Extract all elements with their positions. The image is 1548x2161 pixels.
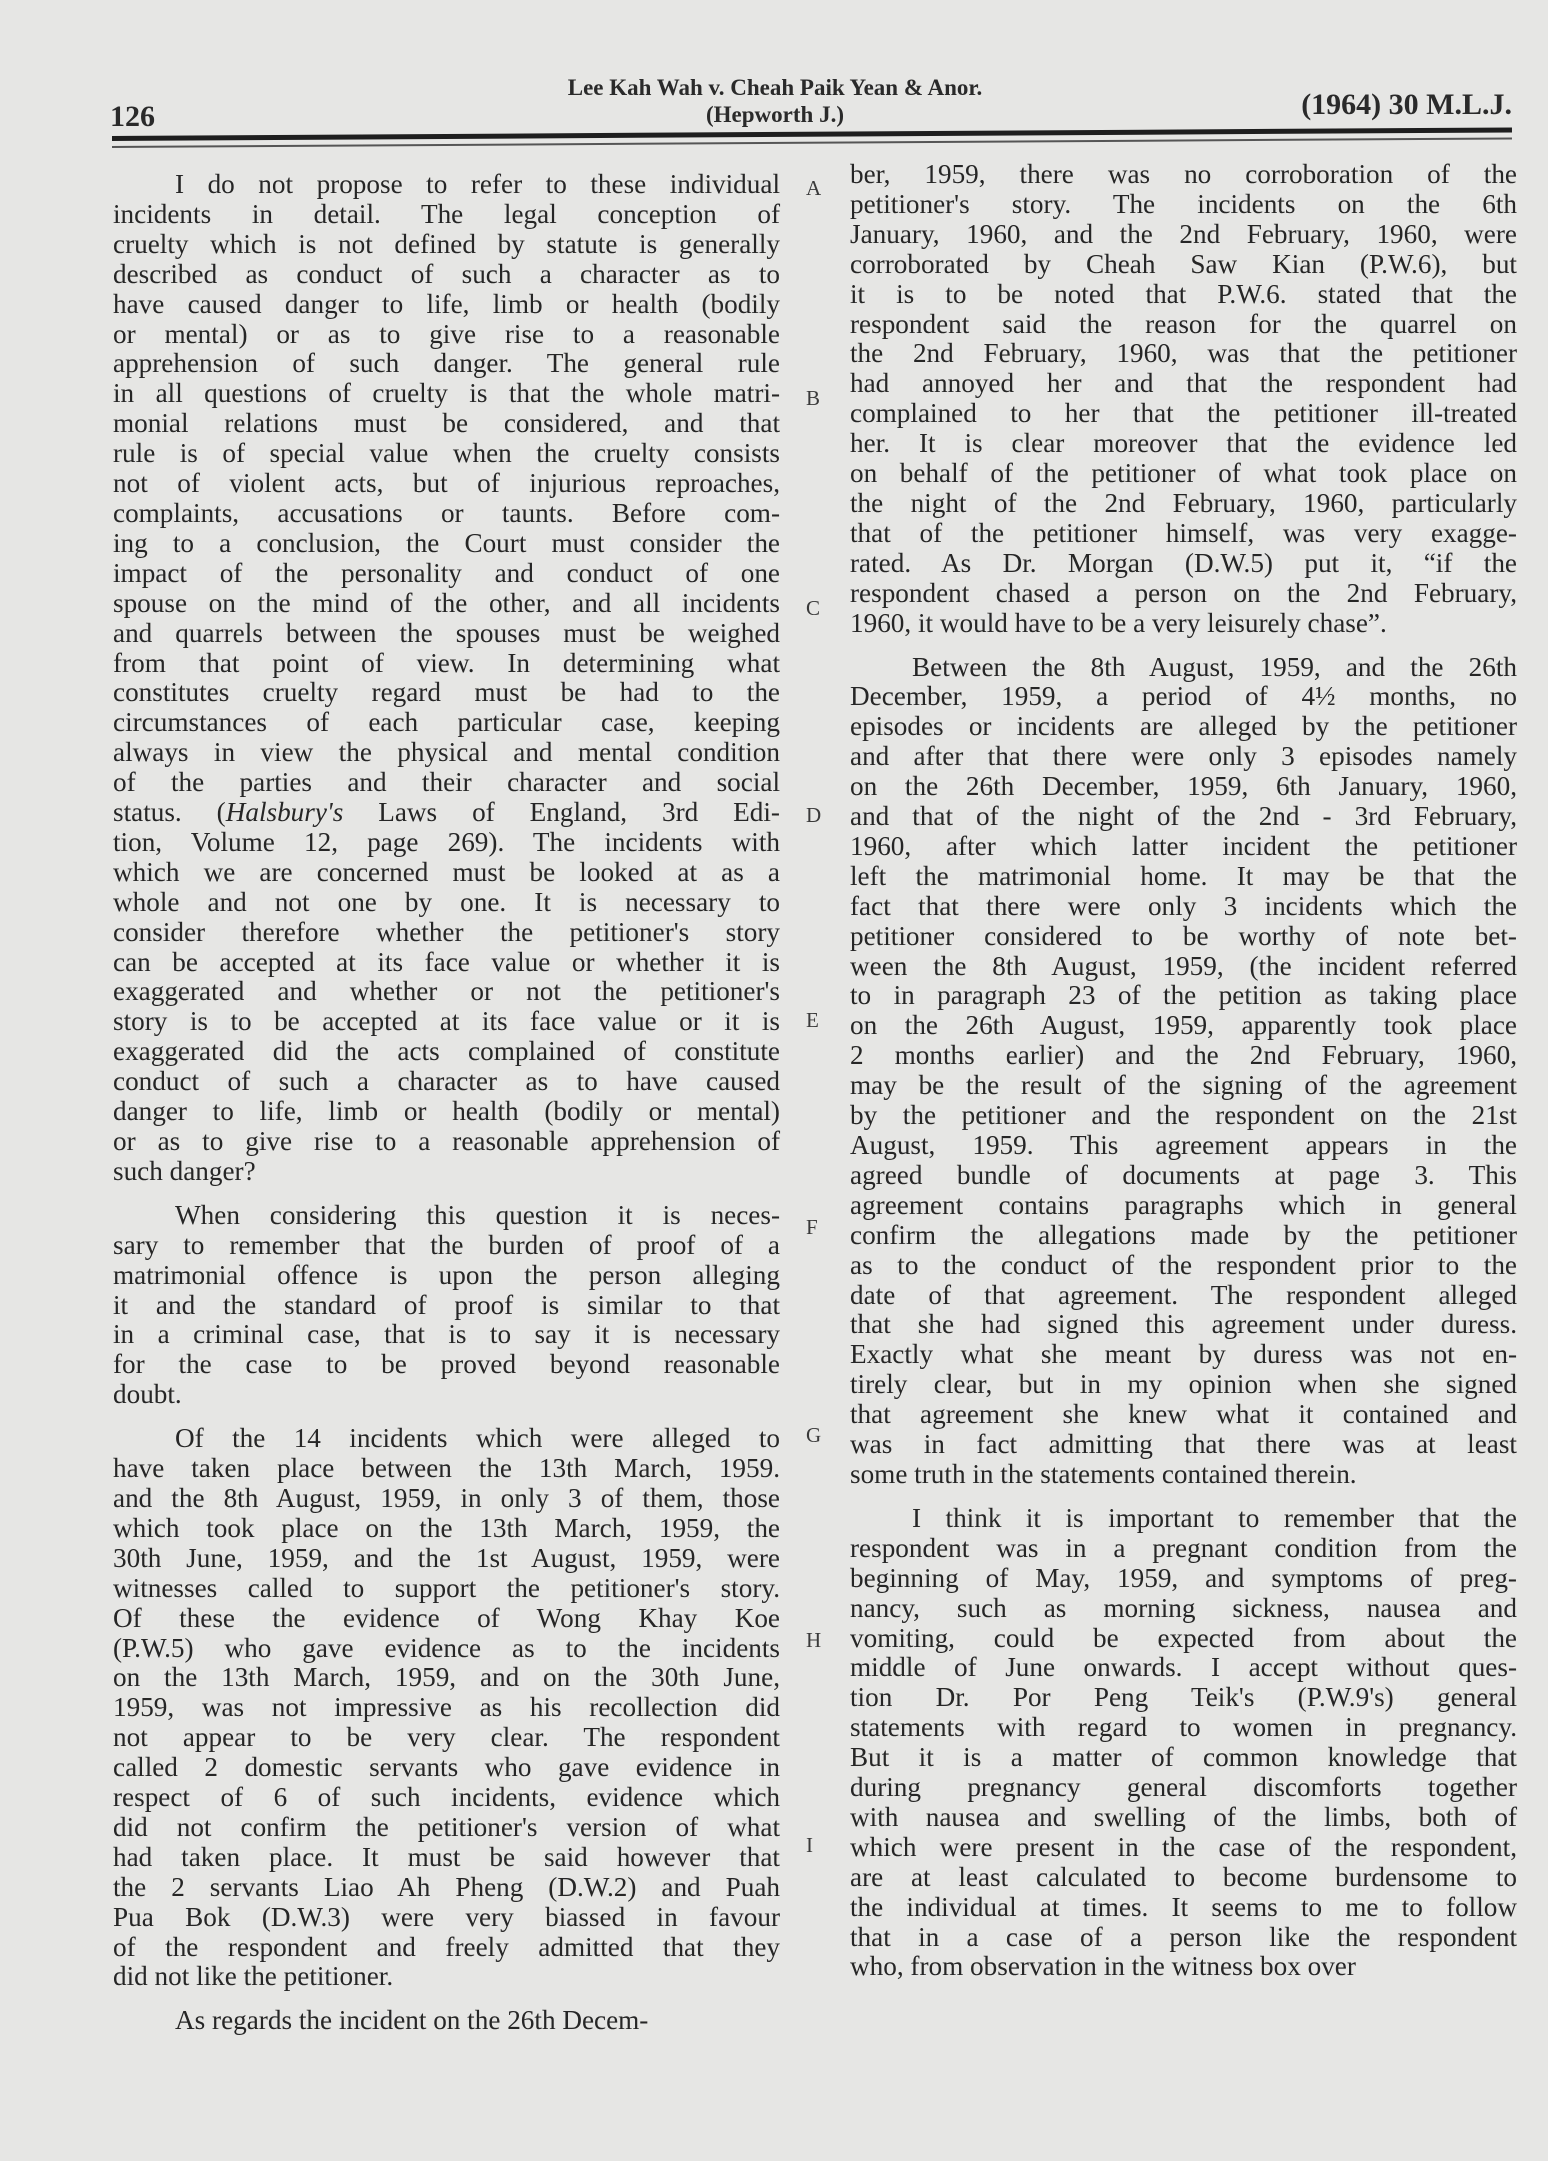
text-line: circumstances of each particular case, k… xyxy=(113,708,780,738)
text-line: in a criminal case, that is to say it is… xyxy=(113,1320,780,1350)
text-line: which we are concerned must be looked at… xyxy=(113,858,780,888)
text-line: from that point of view. In determining … xyxy=(113,649,780,679)
text-line: by the petitioner and the respondent on … xyxy=(850,1101,1517,1131)
text-line: fact that there were only 3 incidents wh… xyxy=(850,892,1517,922)
text-line: which were present in the case of the re… xyxy=(850,1833,1517,1863)
text-line: statements with regard to women in pregn… xyxy=(850,1713,1517,1743)
text-line: of the respondent and freely admitted th… xyxy=(113,1933,780,1963)
text-line: status. (Halsbury's Laws of England, 3rd… xyxy=(113,798,780,828)
text-line: on the 26th December, 1959, 6th January,… xyxy=(850,772,1517,802)
text-line: spouse on the mind of the other, and all… xyxy=(113,589,780,619)
text-line: vomiting, could be expected from about t… xyxy=(850,1624,1517,1654)
text-line: confirm the allegations made by the peti… xyxy=(850,1221,1517,1251)
text-line: on the 26th August, 1959, apparently too… xyxy=(850,1011,1517,1041)
text-line: petitioner considered to be worthy of no… xyxy=(850,922,1517,952)
text-line: the individual at times. It seems to me … xyxy=(850,1893,1517,1923)
text-line: on behalf of the petitioner of what took… xyxy=(850,459,1517,489)
text-line: story is to be accepted at its face valu… xyxy=(113,1007,780,1037)
text-line: such danger? xyxy=(113,1157,780,1187)
text-line: I think it is important to remember that… xyxy=(850,1504,1517,1534)
text-line: consider therefore whether the petitione… xyxy=(113,918,780,948)
text-line: described as conduct of such a character… xyxy=(113,260,780,290)
text-line: danger to life, limb or health (bodily o… xyxy=(113,1097,780,1127)
text-line: not appear to be very clear. The respond… xyxy=(113,1723,780,1753)
text-line: her. It is clear moreover that the evide… xyxy=(850,429,1517,459)
text-line: was in fact admitting that there was at … xyxy=(850,1430,1517,1460)
text-line: date of that agreement. The respondent a… xyxy=(850,1281,1517,1311)
text-line: on the 13th March, 1959, and on the 30th… xyxy=(113,1663,780,1693)
text-line: But it is a matter of common knowledge t… xyxy=(850,1743,1517,1773)
text-line: As regards the incident on the 26th Dece… xyxy=(113,2006,780,2036)
text-line: episodes or incidents are alleged by the… xyxy=(850,712,1517,742)
margin-letter-d: D xyxy=(806,803,821,828)
text-line: monial relations must be considered, and… xyxy=(113,409,780,439)
text-line: tion Dr. Por Peng Teik's (P.W.9's) gener… xyxy=(850,1683,1517,1713)
text-line: 1960, it would have to be a very leisure… xyxy=(850,609,1517,639)
margin-letter-e: E xyxy=(806,1008,819,1033)
text-line: exaggerated did the acts complained of c… xyxy=(113,1037,780,1067)
left-column: I do not propose to refer to these indiv… xyxy=(113,170,780,2050)
text-line: did not confirm the petitioner's version… xyxy=(113,1813,780,1843)
text-line: with nausea and swelling of the limbs, b… xyxy=(850,1803,1517,1833)
law-report-citation: (1964) 30 M.L.J. xyxy=(1301,88,1512,122)
text-line: I do not propose to refer to these indiv… xyxy=(113,170,780,200)
text-line: may be the result of the signing of the … xyxy=(850,1071,1517,1101)
running-head: Lee Kah Wah v. Cheah Paik Yean & Anor. (… xyxy=(480,74,1070,128)
text-line: sary to remember that the burden of proo… xyxy=(113,1231,780,1261)
text-line: that agreement she knew what it containe… xyxy=(850,1400,1517,1430)
text-line: exaggerated and whether or not the petit… xyxy=(113,977,780,1007)
text-line: August, 1959. This agreement appears in … xyxy=(850,1131,1517,1161)
text-line: had taken place. It must be said however… xyxy=(113,1843,780,1873)
text-line: to in paragraph 23 of the petition as ta… xyxy=(850,981,1517,1011)
text-line: When considering this question it is nec… xyxy=(113,1201,780,1231)
text-line: (P.W.5) who gave evidence as to the inci… xyxy=(113,1634,780,1664)
text-line: Of these the evidence of Wong Khay Koe xyxy=(113,1604,780,1634)
judge-name: (Hepworth J.) xyxy=(480,101,1070,128)
text-line: complaints, accusations or taunts. Befor… xyxy=(113,499,780,529)
margin-letter-f: F xyxy=(806,1215,818,1240)
text-line: tirely clear, but in my opinion when she… xyxy=(850,1370,1517,1400)
text-line: matrimonial offence is upon the person a… xyxy=(113,1261,780,1291)
text-line: 1960, after which latter incident the pe… xyxy=(850,832,1517,862)
text-line: the night of the 2nd February, 1960, par… xyxy=(850,489,1517,519)
paragraph: I think it is important to remember that… xyxy=(850,1504,1517,1983)
margin-letter-c: C xyxy=(806,596,820,621)
text-line: tion, Volume 12, page 269). The incident… xyxy=(113,828,780,858)
paragraph: When considering this question it is nec… xyxy=(113,1201,780,1410)
text-line: nancy, such as morning sickness, nausea … xyxy=(850,1594,1517,1624)
margin-letter-a: A xyxy=(806,176,821,201)
text-line: and the 8th August, 1959, in only 3 of t… xyxy=(113,1484,780,1514)
text-line: as to the conduct of the respondent prio… xyxy=(850,1251,1517,1281)
text-line: who, from observation in the witness box… xyxy=(850,1952,1517,1982)
text-line: Of the 14 incidents which were alleged t… xyxy=(113,1424,780,1454)
page-number: 126 xyxy=(110,100,155,134)
text-line: rule is of special value when the cruelt… xyxy=(113,439,780,469)
text-line: constitutes cruelty regard must be had t… xyxy=(113,678,780,708)
text-line: for the case to be proved beyond reasona… xyxy=(113,1350,780,1380)
text-line: middle of June onwards. I accept without… xyxy=(850,1653,1517,1683)
paragraph: I do not propose to refer to these indiv… xyxy=(113,170,780,1187)
text-line: 30th June, 1959, and the 1st August, 195… xyxy=(113,1544,780,1574)
text-line: have caused danger to life, limb or heal… xyxy=(113,290,780,320)
text-line: witnesses called to support the petition… xyxy=(113,1574,780,1604)
text-line: complained to her that the petitioner il… xyxy=(850,399,1517,429)
text-line: which took place on the 13th March, 1959… xyxy=(113,1514,780,1544)
text-line: it and the standard of proof is similar … xyxy=(113,1291,780,1321)
text-line: and quarrels between the spouses must be… xyxy=(113,619,780,649)
text-line: can be accepted at its face value or whe… xyxy=(113,948,780,978)
text-line: conduct of such a character as to have c… xyxy=(113,1067,780,1097)
paragraph: As regards the incident on the 26th Dece… xyxy=(113,2006,780,2036)
text-line: and after that there were only 3 episode… xyxy=(850,742,1517,772)
text-line: it is to be noted that P.W.6. stated tha… xyxy=(850,280,1517,310)
text-line: incidents in detail. The legal conceptio… xyxy=(113,200,780,230)
margin-letter-g: G xyxy=(806,1423,821,1448)
text-line: agreed bundle of documents at page 3. Th… xyxy=(850,1161,1517,1191)
text-line: January, 1960, and the 2nd February, 196… xyxy=(850,220,1517,250)
text-line: and that of the night of the 2nd - 3rd F… xyxy=(850,802,1517,832)
text-line: ber, 1959, there was no corroboration of… xyxy=(850,160,1517,190)
paragraph: ber, 1959, there was no corroboration of… xyxy=(850,160,1517,639)
text-line: during pregnancy general discomforts tog… xyxy=(850,1773,1517,1803)
text-line: 2 months earlier) and the 2nd February, … xyxy=(850,1041,1517,1071)
text-line: some truth in the statements contained t… xyxy=(850,1460,1517,1490)
text-line: respondent chased a person on the 2nd Fe… xyxy=(850,579,1517,609)
text-line: rated. As Dr. Morgan (D.W.5) put it, “if… xyxy=(850,549,1517,579)
margin-letter-b: B xyxy=(806,386,820,411)
text-line: that she had signed this agreement under… xyxy=(850,1310,1517,1340)
text-line: beginning of May, 1959, and symptoms of … xyxy=(850,1564,1517,1594)
paragraph: Of the 14 incidents which were alleged t… xyxy=(113,1424,780,1992)
text-line: December, 1959, a period of 4½ months, n… xyxy=(850,682,1517,712)
text-line: are at least calculated to become burden… xyxy=(850,1863,1517,1893)
text-line: ing to a conclusion, the Court must cons… xyxy=(113,529,780,559)
text-line: or as to give rise to a reasonable appre… xyxy=(113,1127,780,1157)
right-column: ber, 1959, there was no corroboration of… xyxy=(850,160,1517,1996)
text-line: petitioner's story. The incidents on the… xyxy=(850,190,1517,220)
text-line: cruelty which is not defined by statute … xyxy=(113,230,780,260)
text-line: have taken place between the 13th March,… xyxy=(113,1454,780,1484)
text-line: apprehension of such danger. The general… xyxy=(113,349,780,379)
italic-citation: Halsbury's xyxy=(226,797,344,827)
text-line: had annoyed her and that the respondent … xyxy=(850,369,1517,399)
text-line: ween the 8th August, 1959, (the incident… xyxy=(850,952,1517,982)
text-line: Pua Bok (D.W.3) were very biassed in fav… xyxy=(113,1903,780,1933)
text-line: left the matrimonial home. It may be tha… xyxy=(850,862,1517,892)
text-line: Exactly what she meant by duress was not… xyxy=(850,1340,1517,1370)
paragraph: Between the 8th August, 1959, and the 26… xyxy=(850,653,1517,1490)
text-line: always in view the physical and mental c… xyxy=(113,738,780,768)
text-line: or mental) or as to give rise to a reaso… xyxy=(113,320,780,350)
text-line: of the parties and their character and s… xyxy=(113,768,780,798)
text-line: respondent was in a pregnant condition f… xyxy=(850,1534,1517,1564)
text-line: whole and not one by one. It is necessar… xyxy=(113,888,780,918)
text-line: not of violent acts, but of injurious re… xyxy=(113,469,780,499)
text-line: 1959, was not impressive as his recollec… xyxy=(113,1693,780,1723)
text-line: Between the 8th August, 1959, and the 26… xyxy=(850,653,1517,683)
text-line: respondent said the reason for the quarr… xyxy=(850,310,1517,340)
text-line: respect of 6 of such incidents, evidence… xyxy=(113,1783,780,1813)
text-line: corroborated by Cheah Saw Kian (P.W.6), … xyxy=(850,250,1517,280)
text-line: called 2 domestic servants who gave evid… xyxy=(113,1753,780,1783)
text-line: in all questions of cruelty is that the … xyxy=(113,379,780,409)
text-line: that in a case of a person like the resp… xyxy=(850,1923,1517,1953)
text-line: agreement contains paragraphs which in g… xyxy=(850,1191,1517,1221)
text-line: did not like the petitioner. xyxy=(113,1962,780,1992)
text-line: doubt. xyxy=(113,1380,780,1410)
margin-letter-h: H xyxy=(806,1628,821,1653)
margin-letter-i: I xyxy=(806,1833,813,1858)
text-line: the 2nd February, 1960, was that the pet… xyxy=(850,339,1517,369)
text-line: that of the petitioner himself, was very… xyxy=(850,519,1517,549)
case-title: Lee Kah Wah v. Cheah Paik Yean & Anor. xyxy=(480,74,1070,101)
text-line: the 2 servants Liao Ah Pheng (D.W.2) and… xyxy=(113,1873,780,1903)
text-line: impact of the personality and conduct of… xyxy=(113,559,780,589)
